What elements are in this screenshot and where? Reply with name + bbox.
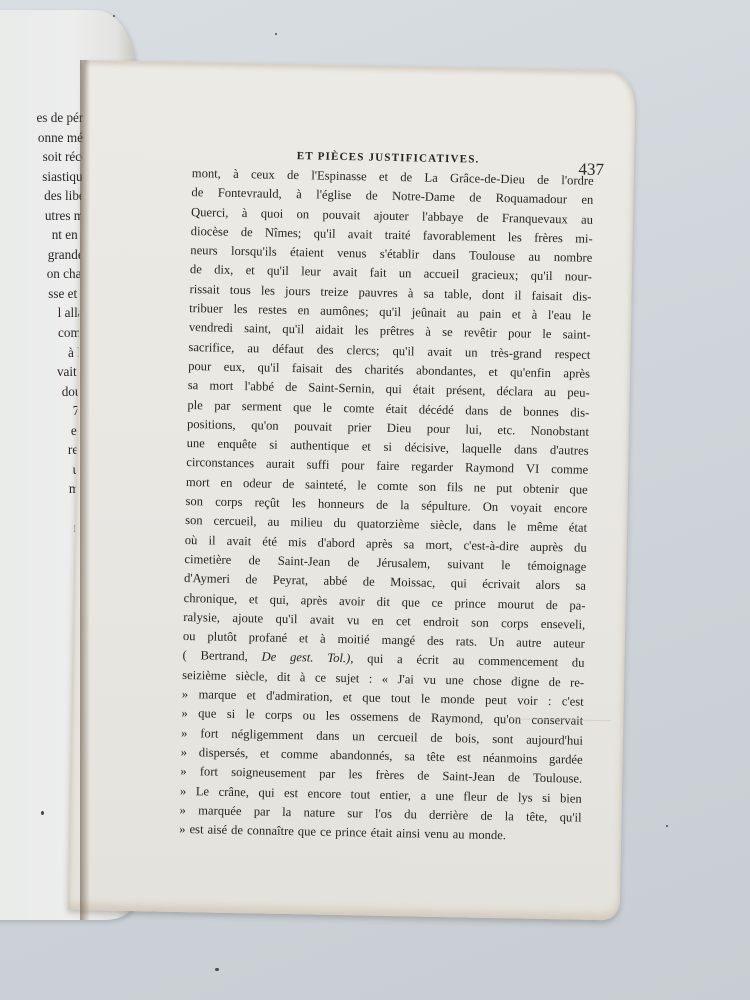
dust-speck bbox=[41, 811, 44, 815]
paper-crease bbox=[510, 718, 611, 781]
page-number: 437 bbox=[578, 160, 604, 180]
right-page: ET PIÈCES JUSTIFICATIVES. 437 mont,àceux… bbox=[68, 60, 636, 920]
dust-speck bbox=[215, 968, 219, 971]
book-gutter bbox=[80, 60, 90, 920]
dust-speck bbox=[113, 15, 115, 17]
dust-speck bbox=[666, 825, 668, 827]
dust-speck bbox=[275, 33, 277, 35]
